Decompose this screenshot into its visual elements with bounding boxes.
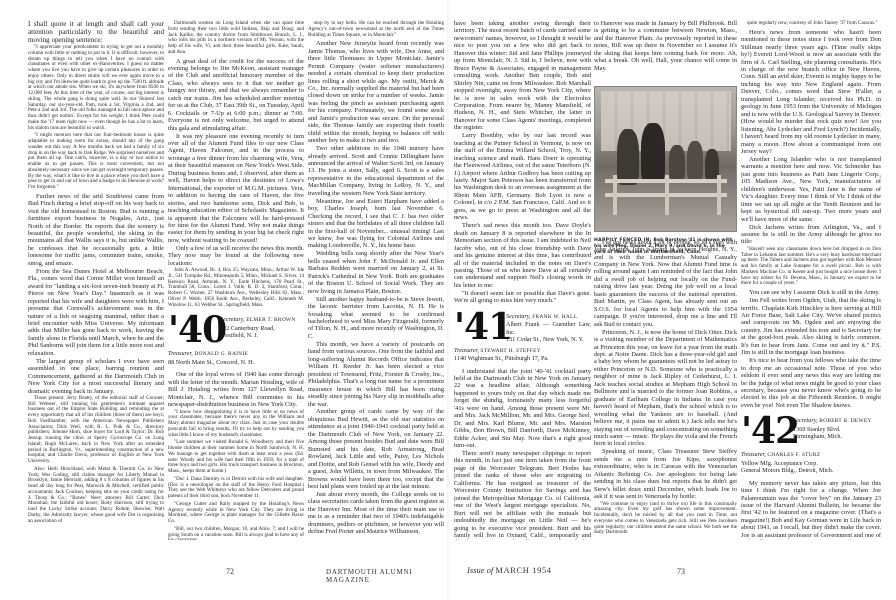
address-line: Albert Frank — Guenther Law, Inc. — [506, 321, 591, 335]
caption-headline: HAPPILY FENCED IN: — [594, 238, 652, 243]
class-1940-header: '40 Secretary, ELMER T. BROWN 522 Canter… — [168, 314, 304, 348]
magazine-title: DARTMOUTH ALUMNI MAGAZINE — [326, 568, 448, 584]
paragraph: quite regularly now, courtesy of John Ta… — [741, 21, 881, 27]
paragraph: stop by to say hello. He can be reached … — [308, 21, 444, 38]
paragraph: Another group of cards came by way of th… — [308, 408, 444, 490]
class-1942-header: '42 Secretary, ROBERT B. DEWEY 1369 Stan… — [741, 415, 881, 449]
paragraph: Wedding bells rang shortly after the New… — [308, 250, 444, 295]
paragraph: Two other additions to the 1940 nursery … — [308, 145, 444, 197]
issue-prefix: Issue of — [467, 565, 493, 575]
paragraph: Further news of the arid Southwest came … — [28, 193, 164, 268]
paragraph: Another Long Islander who is not transpl… — [741, 156, 881, 223]
paragraph: One of the loyal wives of 1940 has come … — [168, 371, 304, 408]
issue-month: MARCH 1954 — [495, 565, 551, 575]
person-figure — [641, 123, 665, 183]
paragraph: Larry Boothby, who by our last record wa… — [454, 132, 591, 221]
secretary-name: ELMER T. BROWN — [246, 317, 295, 323]
treasurer-name: DONALD G. RAINIE — [194, 351, 248, 357]
treasurer-block: Treasurer, CHARLES F. STURZ Yellow Mfg. … — [741, 451, 881, 474]
fence-post — [613, 175, 617, 215]
letter-paragraph: "I know how disappointing it is to have … — [168, 410, 304, 439]
secretary-block: Secretary, ROBERT B. DEWEY 1369 Stanley … — [793, 417, 872, 440]
paragraph: You can see why I assume Dick is still i… — [741, 289, 881, 296]
role-label: Secretary, — [793, 417, 818, 424]
address-line: Westfield, N. J. — [220, 332, 258, 339]
left-col-1: I shall quote it at length and shall cal… — [28, 20, 164, 540]
right-col-3: quite regularly now, courtesy of John Ta… — [741, 20, 881, 540]
left-col-2: Dartmouth women on Long Island when she … — [168, 20, 304, 540]
paragraph: Speaking of music, Class Treasurer Stew … — [594, 448, 737, 500]
child-figure — [669, 145, 685, 181]
issue-date: Issue of MARCH 1954 — [467, 565, 552, 575]
person-figure — [617, 129, 639, 185]
address-line: 1369 Stanley Blvd. — [793, 426, 841, 433]
paragraph: Dartmouth women on Long Island when she … — [168, 21, 304, 56]
address-line: 131 Cedar St., New York, N. Y. — [506, 336, 584, 343]
letter-paragraph: "Bill, our two children, Morgan, 10, and… — [168, 527, 304, 540]
treasurer-block: Treasurer, DONALD G. RAINIE 88 North Mai… — [168, 350, 304, 366]
role-label: Secretary, — [506, 313, 531, 320]
address-line: General Motors Bldg., Detroit, Mich. — [741, 467, 833, 474]
class-year: '41 — [454, 307, 512, 347]
left-page-72: I shall quote it at length and shall cal… — [0, 0, 448, 600]
secretary-block: Secretary, FRANK W. HALL Albert Frank — … — [506, 313, 591, 344]
treasurer-name: STEWART H. STEFFEY — [480, 348, 541, 354]
secretary-name: FRANK W. HALL — [532, 314, 577, 320]
right-col-1: have been taking another swing through t… — [454, 20, 591, 540]
photo-caption: HAPPILY FENCED IN: Bob Barstow '41 is sh… — [594, 238, 737, 255]
letter-paragraph: "We continue to enjoy (and to thrive on)… — [594, 502, 737, 537]
paragraph: Princeton, N. J., is now the home of Dic… — [594, 329, 737, 448]
attendees-paragraph: Those present: Jerry Beatty, of the edit… — [28, 396, 164, 465]
treasurer-name: CHARLES F. STURZ — [767, 452, 820, 458]
fence-post — [665, 175, 669, 215]
class-year: '40 — [168, 310, 226, 350]
page-number-right: 73 — [677, 567, 685, 576]
address-line: Birmingham, Mich. — [793, 433, 842, 440]
family-photo — [594, 86, 737, 232]
paragraph: Meantime, Joe and Esteri Harpham have ad… — [308, 198, 444, 250]
role-label: Treasurer, — [454, 347, 479, 354]
paragraph: It was my pleasure one evening recently … — [168, 133, 304, 245]
paragraph: There aren't many newspaper clippings to… — [454, 450, 591, 540]
paragraph: This month, we have a variety of postcar… — [308, 341, 444, 408]
left-col-3: stop by to say hello. He can be reached … — [308, 20, 444, 540]
paragraph: Still another happy husband-to-be is Ste… — [308, 296, 444, 341]
paragraph: There's sad news this month too. Dave Do… — [454, 222, 591, 289]
paragraph: I shall quote it at length and shall cal… — [28, 20, 164, 44]
role-label: Treasurer, — [741, 451, 766, 458]
fence-post — [717, 175, 721, 215]
paragraph: Here's news from someone who hasn't been… — [741, 29, 881, 156]
role-label: Secretary, — [220, 316, 245, 323]
address-line: 88 North Main St., Concord, N. H. — [168, 359, 254, 366]
address-line: 1140 Wightman St., Pittsburgh 17, Pa. — [454, 355, 549, 362]
paragraph: From the Sea Dunes Hotel at Melbourne Be… — [28, 268, 164, 357]
treasurer-block: Treasurer, STEWART H. STEFFEY 1140 Wight… — [454, 347, 591, 363]
paragraph: A great deal of the credit for the succe… — [168, 58, 304, 133]
paragraph: Another New Jerseyite heard from recentl… — [308, 40, 444, 144]
quote-paragraph: "I appreciate your predicament in trying… — [28, 45, 164, 131]
paragraph: to Hanover was made in January by Bill P… — [594, 20, 737, 72]
quote-paragraph: "I might mention here that our four-bedr… — [28, 133, 164, 191]
paragraph: Dick Jachens writes from Arlington, Va.,… — [741, 224, 881, 246]
attendees-paragraph: Also: Herb Hirschland, with Metal & Ther… — [28, 467, 164, 525]
paragraph: "It doesn't seem fair or possible that D… — [454, 290, 591, 305]
letter-paragraph: "Doc J. Dana Darnley is in Detroit with … — [168, 477, 304, 500]
paragraph: I understand that the joint '40-'41 cock… — [454, 368, 591, 450]
paragraph: It's nice to hear from you fellows who t… — [741, 357, 881, 409]
secretary-block: Secretary, ELMER T. BROWN 522 Canterbury… — [220, 316, 296, 339]
role-label: Treasurer, — [168, 350, 193, 357]
paragraph: My memory never has taken any prizes, bu… — [741, 480, 881, 540]
child-figure — [687, 141, 703, 181]
secretary-name: ROBERT B. DEWEY — [819, 418, 871, 424]
address-line: Yellow Mfg. Acceptance Corp. — [741, 460, 818, 467]
paragraph: have been taking another swing through t… — [454, 20, 591, 132]
letter-paragraph: "Haven't seen any classmates down here b… — [741, 247, 881, 287]
class-1941-header: '41 Secretary, FRANK W. HALL Albert Fran… — [454, 311, 591, 345]
letter-paragraph: "George Cutter and Rally stopped by the … — [168, 502, 304, 525]
paragraph: The largest group of scholars I ever hav… — [28, 358, 164, 395]
page-number-left: 72 — [226, 567, 234, 576]
letter-paragraph: "Last summer we visited Ronald S. Woodbe… — [168, 440, 304, 475]
paragraph: Just about every month, the College send… — [308, 491, 444, 536]
paragraph: Only a few of us will receive the news t… — [168, 245, 304, 267]
class-year: '42 — [741, 411, 799, 451]
address-line: 522 Canterbury Road, — [220, 325, 275, 332]
address-list: John A. Atwood, Rt. 4, Box 25, Wayzata, … — [168, 268, 304, 308]
paragraph: Jim Fell writes from Ogden, Utah, that t… — [741, 297, 881, 357]
